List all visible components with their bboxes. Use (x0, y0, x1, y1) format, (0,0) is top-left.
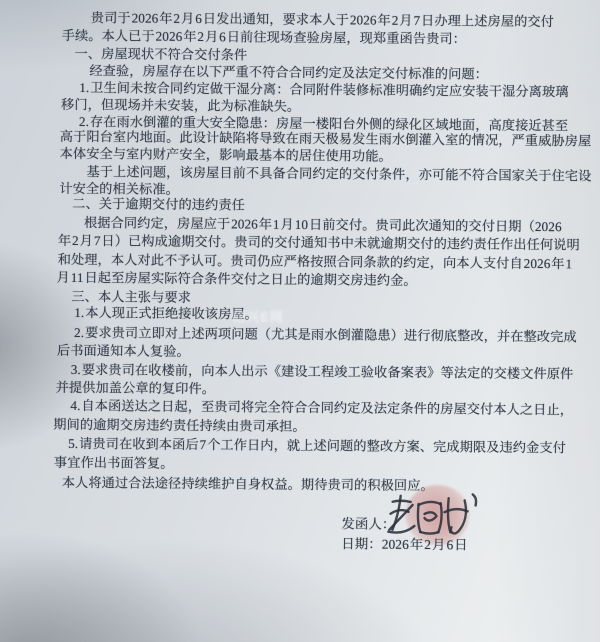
date-line: 日期：2026 年 2 月 6 日 (341, 533, 468, 553)
doc-line: 本人将通过合法途径持续维护自身权益。期待贵司的积极回应。 (62, 472, 434, 494)
doc-line: 1. 本人现正式拒绝接收该房屋。 (74, 302, 258, 323)
photographed-letter: { "doc": { "lines": [ "贵司于 2026 年 2 月 6 … (0, 0, 600, 642)
doc-line: 事宜作出书面答复。 (54, 452, 174, 472)
doc-line: 期间的逾期交房违约责任持续由贵司承担。 (53, 414, 306, 435)
letter-body: 贵司于 2026 年 2 月 6 日发出通知，要求本人于 2026 年 2 月 … (0, 0, 600, 642)
watermark: 绍兴E网 (232, 306, 284, 325)
section-heading: 二、关于逾期交付的违约责任 (72, 193, 245, 214)
doc-line: 后书面通知本人复验。 (57, 340, 190, 360)
